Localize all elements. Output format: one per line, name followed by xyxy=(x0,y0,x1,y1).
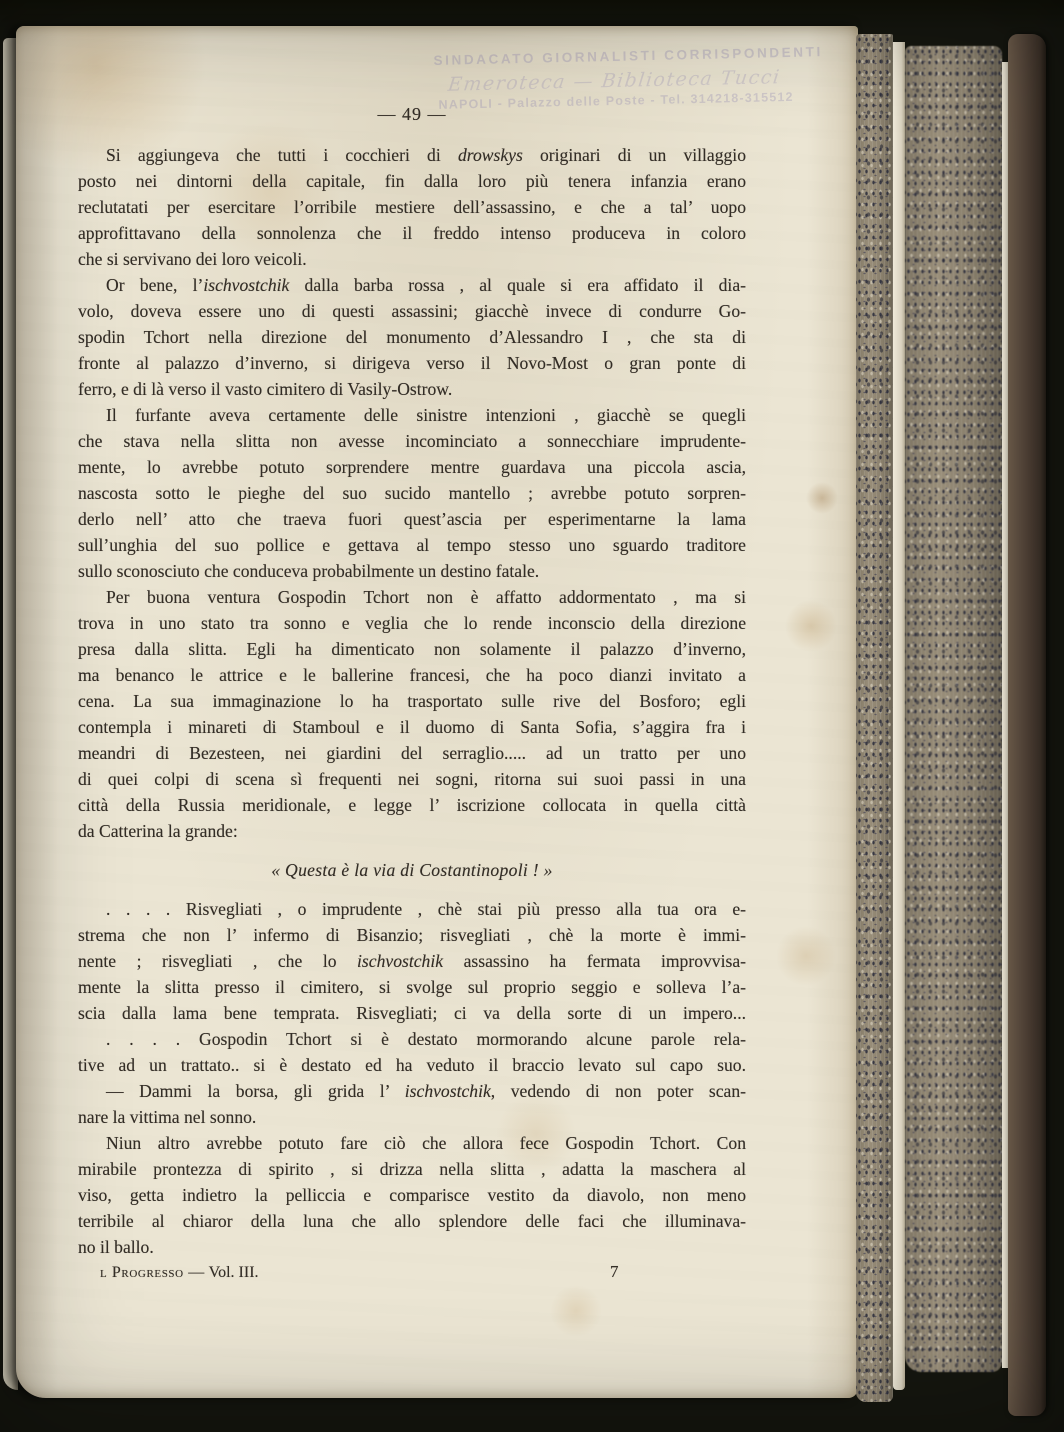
text-line: che si servivano dei loro veicoli. xyxy=(78,246,746,272)
text-line: tive ad un trattato.. si è destato ed ha… xyxy=(78,1052,746,1078)
text-line: no il ballo. xyxy=(78,1234,746,1260)
text-line: nascosta sotto le pieghe del suo sucido … xyxy=(78,480,746,506)
text-line: mirabile prontezza di spirito , si drizz… xyxy=(78,1156,746,1182)
text-line: spodin Tchort nella direzione del monume… xyxy=(78,324,746,350)
text-line: Or bene, l’ischvostchik dalla barba ross… xyxy=(78,272,746,298)
stamp-line-1: SINDACATO GIORNALISTI CORRISPONDENTI xyxy=(433,43,858,68)
library-stamp: SINDACATO GIORNALISTI CORRISPONDENTI Eme… xyxy=(433,43,858,112)
stamp-line-2: Emeroteca — Biblioteca Tucci xyxy=(447,64,858,96)
text-line: Per buona ventura Gospodin Tchort non è … xyxy=(78,584,746,610)
text-line: presa dalla slitta. Egli ha dimenticato … xyxy=(78,636,746,662)
paragraph: — Dammi la borsa, gli grida l’ ischvostc… xyxy=(78,1078,746,1130)
text-line: Niun altro avrebbe potuto fare ciò che a… xyxy=(78,1130,746,1156)
text-line: mente la slitta presso il cimitero, si s… xyxy=(78,974,746,1000)
fore-edge-white-strip-1 xyxy=(893,42,905,1390)
text-line: terribile al chiaror della luna che allo… xyxy=(78,1208,746,1234)
text-line: . . . . Gospodin Tchort si è destato mor… xyxy=(78,1026,746,1052)
text-line: derlo nell’ atto che traeva fuori quest’… xyxy=(78,506,746,532)
paragraph: Si aggiungeva che tutti i cocchieri di d… xyxy=(78,142,746,272)
volume-imprint: l Progresso — Vol. III. xyxy=(100,1264,259,1282)
volume-label: Vol. III. xyxy=(209,1264,259,1281)
body-text: Si aggiungeva che tutti i cocchieri di d… xyxy=(78,142,746,1260)
text-line: ma benanco le attrice e le ballerine fra… xyxy=(78,662,746,688)
page-number-header: — 49 — xyxy=(78,104,746,125)
text-line: da Catterina la grande: xyxy=(78,818,746,844)
book-photo: SINDACATO GIORNALISTI CORRISPONDENTI Eme… xyxy=(0,0,1064,1432)
fore-edge-band-outer xyxy=(905,46,1002,1372)
text-line: Il furfante aveva certamente delle sinis… xyxy=(78,402,746,428)
text-line: contempla i minareti di Stamboul e il du… xyxy=(78,714,746,740)
text-line: mente, lo avrebbe potuto sorprendere men… xyxy=(78,454,746,480)
paragraph: Il furfante aveva certamente delle sinis… xyxy=(78,402,746,584)
signature-number: 7 xyxy=(610,1262,619,1282)
text-line: città della Russia meridionale, e legge … xyxy=(78,792,746,818)
text-line: nare la vittima nel sonno. xyxy=(78,1104,746,1130)
text-line: strema che non l’ infermo di Bisanzio; r… xyxy=(78,922,746,948)
text-line: fronte al palazzo d’inverno, si dirigeva… xyxy=(78,350,746,376)
centered-quote: « Questa è la via di Costantinopoli ! » xyxy=(78,857,746,883)
text-line: . . . . Risvegliati , o imprudente , chè… xyxy=(78,896,746,922)
text-line: che stava nella slitta non avesse incomi… xyxy=(78,428,746,454)
text-line: sullo sconosciuto che conduceva probabil… xyxy=(78,558,746,584)
text-line: ferro, e di là verso il vasto cimitero d… xyxy=(78,376,746,402)
text-line: di quei colpi di scena sì frequenti nei … xyxy=(78,766,746,792)
text-line: cena. La sua immaginazione lo ha traspor… xyxy=(78,688,746,714)
paragraph: Or bene, l’ischvostchik dalla barba ross… xyxy=(78,272,746,402)
text-line: sull’unghia del suo pollice e gettava al… xyxy=(78,532,746,558)
text-line: meandri di Bezesteen, nei giardini del s… xyxy=(78,740,746,766)
paragraph: . . . . Risvegliati , o imprudente , chè… xyxy=(78,896,746,1026)
text-line: reclutatati per esercitare l’orribile me… xyxy=(78,194,746,220)
scanned-book-page: SINDACATO GIORNALISTI CORRISPONDENTI Eme… xyxy=(16,26,858,1398)
paragraph: Niun altro avrebbe potuto fare ciò che a… xyxy=(78,1130,746,1260)
paragraph: Per buona ventura Gospodin Tchort non è … xyxy=(78,584,746,844)
book-cover-edge xyxy=(1008,34,1046,1416)
text-line: nente ; risvegliati , che lo ischvostchi… xyxy=(78,948,746,974)
text-line: scia dalla lama bene temprata. Risveglia… xyxy=(78,1000,746,1026)
text-line: posto nei dintorni della capitale, fin d… xyxy=(78,168,746,194)
text-line: approfittavano della sonnolenza che il f… xyxy=(78,220,746,246)
text-line: trova in uno stato tra sonno e veglia ch… xyxy=(78,610,746,636)
journal-title: l Progresso — xyxy=(100,1264,205,1281)
paragraph: . . . . Gospodin Tchort si è destato mor… xyxy=(78,1026,746,1078)
text-line: volo, doveva essere uno di questi assass… xyxy=(78,298,746,324)
fore-edge-band-inner xyxy=(856,34,893,1402)
text-line: — Dammi la borsa, gli grida l’ ischvostc… xyxy=(78,1078,746,1104)
text-line: Si aggiungeva che tutti i cocchieri di d… xyxy=(78,142,746,168)
text-line: viso, getta indietro la pelliccia e comp… xyxy=(78,1182,746,1208)
